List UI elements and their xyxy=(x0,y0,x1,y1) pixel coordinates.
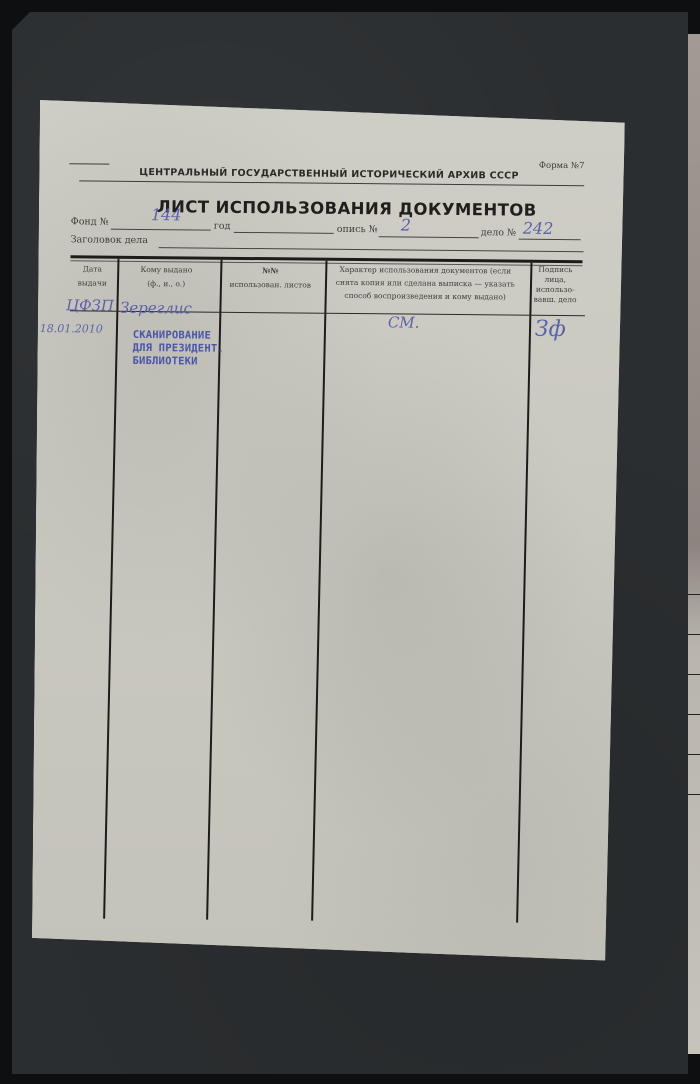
year-label: год xyxy=(214,221,231,232)
usage-type: СМ. xyxy=(388,313,420,331)
signature: Зф xyxy=(535,317,566,342)
column-header-sheets: №№ использован. листов xyxy=(219,264,321,293)
opis-line xyxy=(379,236,479,238)
case-title-line xyxy=(159,247,584,252)
opis-value: 2 xyxy=(401,215,411,234)
opis-label: опись № xyxy=(337,224,378,235)
delo-label: дело № xyxy=(481,227,516,238)
divider xyxy=(69,163,109,164)
column-header-usage-type: Характер использования документов (если … xyxy=(324,263,526,304)
archive-name: ЦЕНТРАЛЬНЫЙ ГОСУДАРСТВЕННЫЙ ИСТОРИЧЕСКИЙ… xyxy=(139,167,519,182)
delo-value: 242 xyxy=(523,219,554,238)
column-divider xyxy=(516,263,532,923)
year-line xyxy=(234,232,334,234)
column-divider xyxy=(311,261,327,921)
form-number: Форма №7 xyxy=(539,161,585,171)
fond-line xyxy=(111,229,211,231)
usage-sheet-page: Форма №7 ЦЕНТРАЛЬНЫЙ ГОСУДАРСТВЕННЫЙ ИСТ… xyxy=(32,100,625,961)
document-title: ЛИСТ ИСПОЛЬЗОВАНИЯ ДОКУМЕНТОВ xyxy=(157,197,537,220)
scanning-stamp: СКАНИРОВАНИЕ ДЛЯ ПРЕЗИДЕНТ. БИБЛИОТЕКИ xyxy=(132,329,224,369)
column-header-signature: Подпись лица, использо- вавш. дело xyxy=(529,265,581,306)
column-divider xyxy=(103,259,119,919)
delo-line xyxy=(519,239,581,241)
column-header-date: Дата выдачи xyxy=(70,262,114,291)
fond-label: Фонд № xyxy=(71,216,109,227)
date-handwritten-code: ЦФЗП xyxy=(66,296,114,314)
issued-to-name: Зереглис xyxy=(120,299,192,318)
case-title-label: Заголовок дела xyxy=(71,234,148,246)
column-header-issued-to: Кому выдано (ф., и., о.) xyxy=(116,263,216,292)
adjacent-page-edge xyxy=(688,34,700,1054)
fond-value: 144 xyxy=(151,205,182,224)
issue-date: 18.01.2010 xyxy=(40,322,103,336)
